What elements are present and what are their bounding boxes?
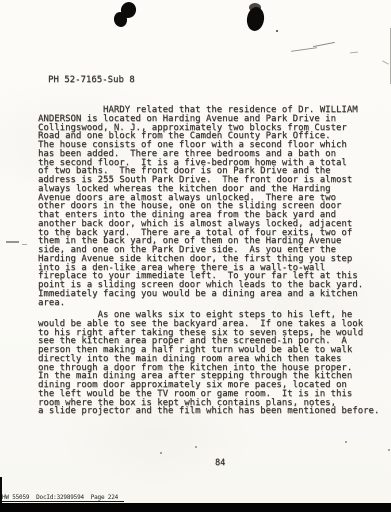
body-paragraph-1: HARDY related that the residence of Dr. … bbox=[38, 106, 363, 307]
pencil-mark bbox=[291, 47, 317, 52]
scan-speck bbox=[195, 446, 197, 448]
document-page: PH 52-7165-Sub 8 HARDY related that the … bbox=[0, 0, 391, 512]
scan-speck bbox=[345, 441, 347, 443]
ink-blot-left bbox=[114, 2, 138, 29]
pencil-mark bbox=[313, 42, 335, 47]
pencil-mark bbox=[382, 60, 389, 64]
scan-speck bbox=[160, 452, 162, 454]
page-number: 84 bbox=[215, 459, 225, 468]
pencil-mark bbox=[350, 52, 358, 54]
scan-edge-mark bbox=[0, 477, 2, 503]
microfilm-footer: HW 55059 DocId:32989594 Page 224 bbox=[2, 494, 124, 502]
ink-blot-right bbox=[245, 3, 269, 35]
scan-edge-bar bbox=[0, 503, 391, 512]
margin-mark bbox=[6, 241, 19, 243]
ink-speck bbox=[276, 30, 278, 32]
margin-mark bbox=[22, 244, 27, 245]
file-number: PH 52-7165-Sub 8 bbox=[48, 76, 135, 85]
body-paragraph-2: As one walks six to eight steps to his l… bbox=[38, 311, 379, 416]
scan-speck bbox=[388, 449, 390, 451]
